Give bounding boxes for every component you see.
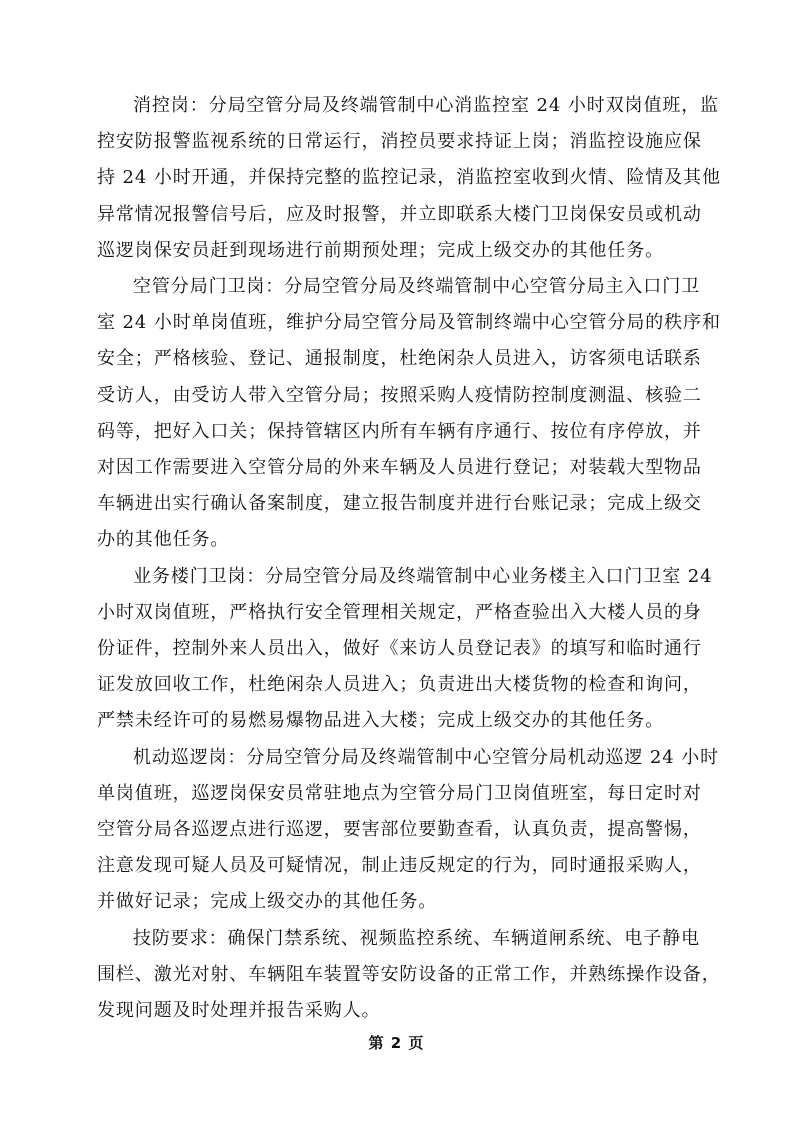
text-line: 受访人，由受访人带入空管分局；按照采购人疫情防控制度测温、核验二 — [97, 378, 699, 414]
text-line: 车辆进出实行确认备案制度，建立报告制度并进行台账记录；完成上级交 — [97, 486, 699, 522]
text-line: 持 24 小时开通，并保持完整的监控记录，消监控室收到火情、险情及其他 — [97, 160, 699, 196]
text-line: 业务楼门卫岗：分局空管分局及终端管制中心业务楼主入口门卫室 24 — [97, 559, 699, 595]
text-line: 办的其他任务。 — [97, 522, 699, 558]
paragraph-technical-defense-requirements: 技防要求：确保门禁系统、视频监控系统、车辆道闸系统、电子静电 围栏、激光对射、车… — [97, 921, 699, 1030]
paragraph-atc-gate-post: 空管分局门卫岗：分局空管分局及终端管制中心空管分局主入口门卫 室 24 小时单岗… — [97, 269, 699, 559]
text-line: 空管分局各巡逻点进行巡逻，要害部位要勤查看，认真负责，提高警惕， — [97, 812, 699, 848]
text-line: 单岗值班，巡逻岗保安员常驻地点为空管分局门卫岗值班室，每日定时对 — [97, 776, 699, 812]
text-line: 证发放回收工作，杜绝闲杂人员进入；负责进出大楼货物的检查和询问， — [97, 667, 699, 703]
text-line: 安全；严格核验、登记、通报制度，杜绝闲杂人员进入，访客须电话联系 — [97, 341, 699, 377]
paragraph-mobile-patrol-post: 机动巡逻岗：分局空管分局及终端管制中心空管分局机动巡逻 24 小时 单岗值班，巡… — [97, 740, 699, 921]
text-line: 机动巡逻岗：分局空管分局及终端管制中心空管分局机动巡逻 24 小时 — [97, 740, 699, 776]
text-line: 室 24 小时单岗值班，维护分局空管分局及管制终端中心空管分局的秩序和 — [97, 305, 699, 341]
page-number: 第 2 页 — [0, 1032, 793, 1053]
text-line: 异常情况报警信号后，应及时报警，并立即联系大楼门卫岗保安员或机动 — [97, 197, 699, 233]
text-line: 注意发现可疑人员及可疑情况，制止违反规定的行为，同时通报采购人， — [97, 848, 699, 884]
text-line: 小时双岗值班，严格执行安全管理相关规定，严格查验出入大楼人员的身 — [97, 595, 699, 631]
text-line: 技防要求：确保门禁系统、视频监控系统、车辆道闸系统、电子静电 — [97, 921, 699, 957]
text-line: 巡逻岗保安员赶到现场进行前期预处理；完成上级交办的其他任务。 — [97, 233, 699, 269]
paragraph-office-building-gate-post: 业务楼门卫岗：分局空管分局及终端管制中心业务楼主入口门卫室 24 小时双岗值班，… — [97, 559, 699, 740]
text-line: 围栏、激光对射、车辆阻车装置等安防设备的正常工作，并熟练操作设备， — [97, 957, 699, 993]
text-line: 消控岗：分局空管分局及终端管制中心消监控室 24 小时双岗值班，监 — [97, 88, 699, 124]
text-line: 份证件，控制外来人员出入，做好《来访人员登记表》的填写和临时通行 — [97, 631, 699, 667]
paragraph-fire-control-post: 消控岗：分局空管分局及终端管制中心消监控室 24 小时双岗值班，监 控安防报警监… — [97, 88, 699, 269]
document-page: 消控岗：分局空管分局及终端管制中心消监控室 24 小时双岗值班，监 控安防报警监… — [97, 88, 699, 1029]
text-line: 对因工作需要进入空管分局的外来车辆及人员进行登记；对装载大型物品 — [97, 450, 699, 486]
text-line: 控安防报警监视系统的日常运行，消控员要求持证上岗；消监控设施应保 — [97, 124, 699, 160]
text-line: 空管分局门卫岗：分局空管分局及终端管制中心空管分局主入口门卫 — [97, 269, 699, 305]
text-line: 发现问题及时处理并报告采购人。 — [97, 993, 699, 1029]
text-line: 并做好记录；完成上级交办的其他任务。 — [97, 884, 699, 920]
text-line: 严禁未经许可的易燃易爆物品进入大楼；完成上级交办的其他任务。 — [97, 703, 699, 739]
text-line: 码等，把好入口关；保持管辖区内所有车辆有序通行、按位有序停放，并 — [97, 414, 699, 450]
